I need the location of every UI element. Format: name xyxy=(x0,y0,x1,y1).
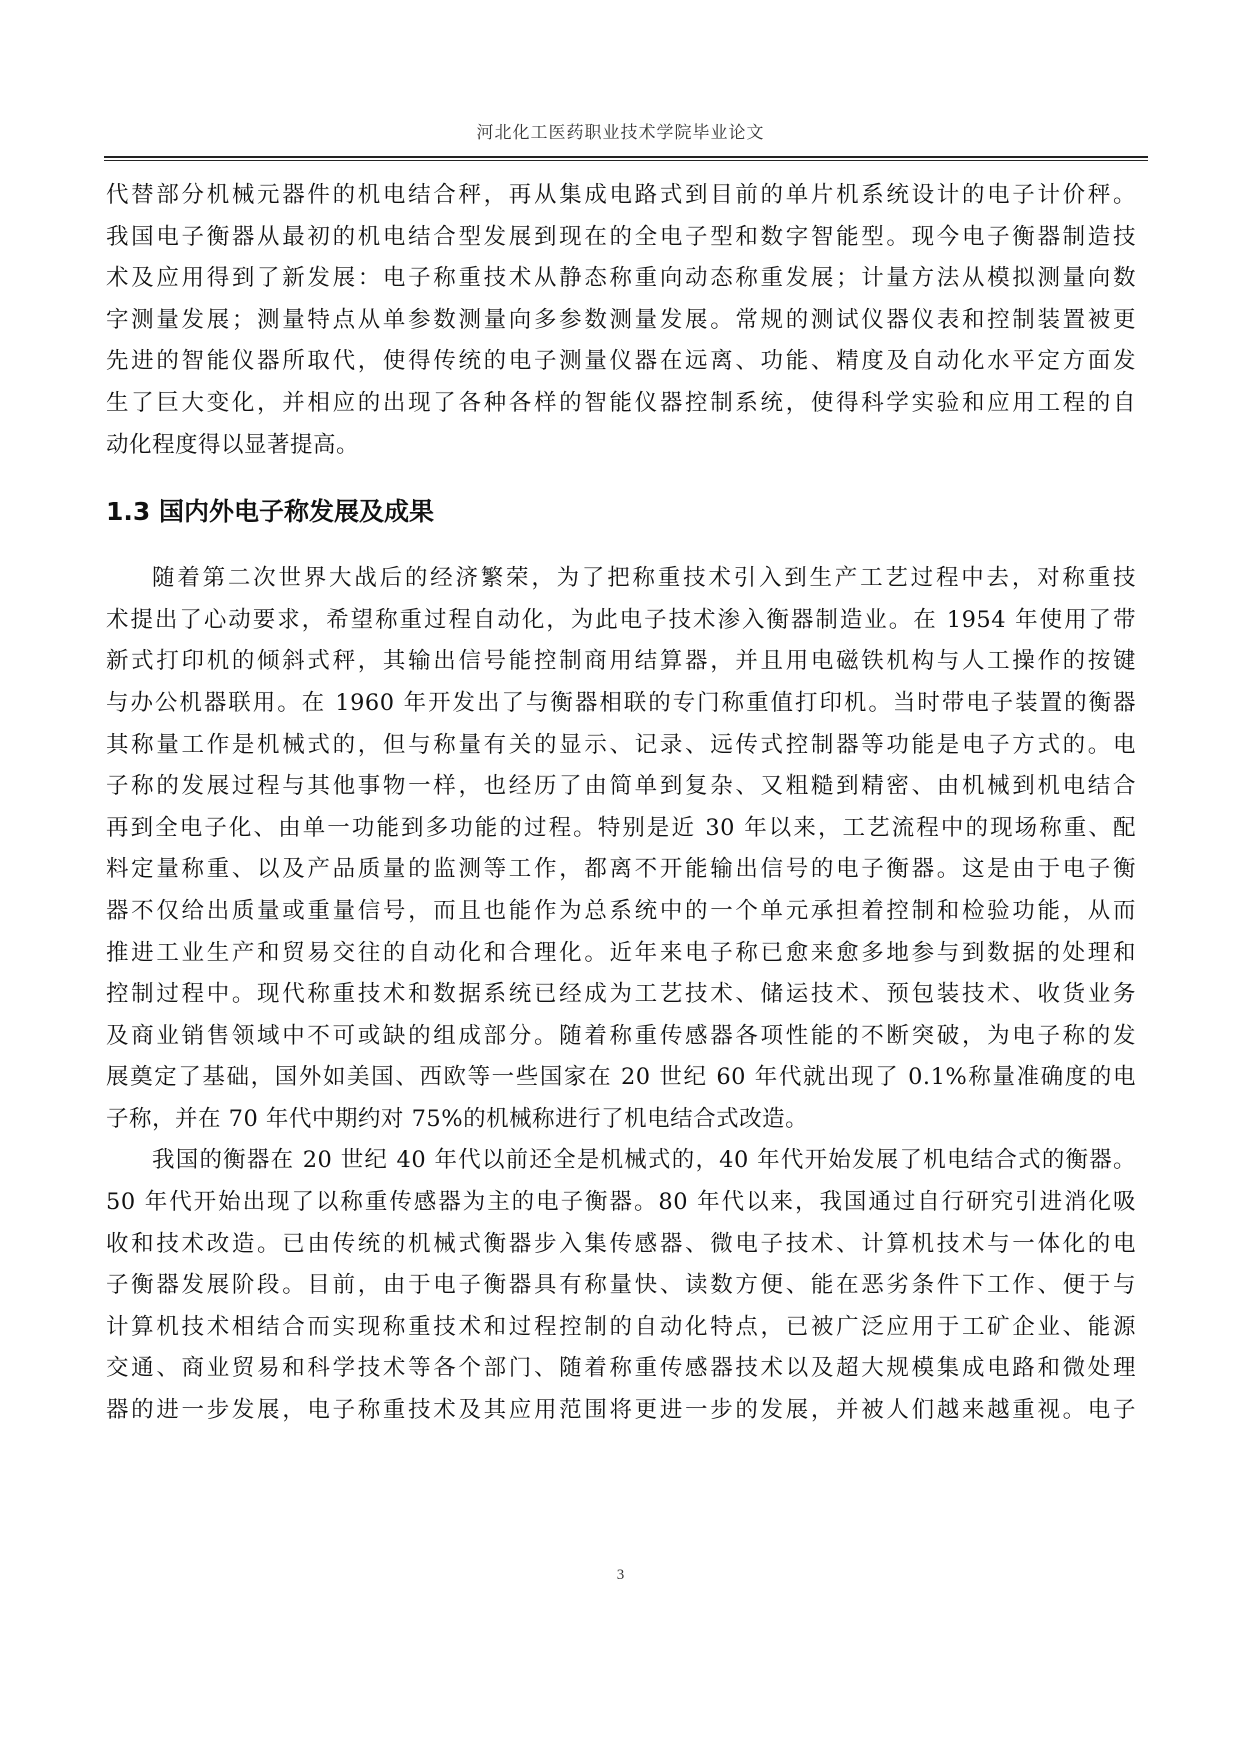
text-line: 动化程度得以显著提高。 xyxy=(106,425,1136,467)
text-line: 随着第二次世界大战后的经济繁荣，为了把称重技术引入到生产工艺过程中去，对称重技 xyxy=(106,558,1136,600)
paragraph-3: 我国的衡器在 20 世纪 40 年代以前还全是机械式的，40 年代开始发展了机电… xyxy=(106,1140,1136,1431)
section-heading: 1.3 国内外电子称发展及成果 xyxy=(106,482,1136,542)
text-line: 子称的发展过程与其他事物一样，也经历了由简单到复杂、又粗糙到精密、由机械到机电结… xyxy=(106,766,1136,808)
paragraph-2: 随着第二次世界大战后的经济繁荣，为了把称重技术引入到生产工艺过程中去，对称重技 … xyxy=(106,558,1136,1140)
text-line: 50 年代开始出现了以称重传感器为主的电子衡器。80 年代以来，我国通过自行研究… xyxy=(106,1182,1136,1224)
text-line: 先进的智能仪器所取代，使得传统的电子测量仪器在远离、功能、精度及自动化水平定方面… xyxy=(106,341,1136,383)
text-line: 我国电子衡器从最初的机电结合型发展到现在的全电子型和数字智能型。现今电子衡器制造… xyxy=(106,217,1136,259)
text-line: 子衡器发展阶段。目前，由于电子衡器具有称量快、读数方便、能在恶劣条件下工作、便于… xyxy=(106,1265,1136,1307)
text-line: 器不仅给出质量或重量信号，而且也能作为总系统中的一个单元承担着控制和检验功能，从… xyxy=(106,891,1136,933)
header-title: 河北化工医药职业技术学院毕业论文 xyxy=(0,118,1241,143)
text-line: 收和技术改造。已由传统的机械式衡器步入集传感器、微电子技术、计算机技术与一体化的… xyxy=(106,1224,1136,1266)
text-line: 我国的衡器在 20 世纪 40 年代以前还全是机械式的，40 年代开始发展了机电… xyxy=(106,1140,1136,1182)
text-line: 字测量发展；测量特点从单参数测量向多参数测量发展。常规的测试仪器仪表和控制装置被… xyxy=(106,300,1136,342)
text-line: 代替部分机械元器件的机电结合秤，再从集成电路式到目前的单片机系统设计的电子计价秤… xyxy=(106,175,1136,217)
text-line: 其称量工作是机械式的，但与称量有关的显示、记录、远传式控制器等功能是电子方式的。… xyxy=(106,725,1136,767)
page-number: 3 xyxy=(0,1567,1241,1584)
text-line: 推进工业生产和贸易交往的自动化和合理化。近年来电子称已愈来愈多地参与到数据的处理… xyxy=(106,933,1136,975)
text-line: 生了巨大变化，并相应的出现了各种各样的智能仪器控制系统，使得科学实验和应用工程的… xyxy=(106,383,1136,425)
header-double-rule xyxy=(104,156,1148,161)
text-line: 再到全电子化、由单一功能到多功能的过程。特别是近 30 年以来，工艺流程中的现场… xyxy=(106,808,1136,850)
text-line: 子称，并在 70 年代中期约对 75%的机械称进行了机电结合式改造。 xyxy=(106,1099,1136,1141)
paragraph-1: 代替部分机械元器件的机电结合秤，再从集成电路式到目前的单片机系统设计的电子计价秤… xyxy=(106,175,1136,466)
text-line: 展奠定了基础，国外如美国、西欧等一些国家在 20 世纪 60 年代就出现了 0.… xyxy=(106,1057,1136,1099)
text-line: 计算机技术相结合而实现称重技术和过程控制的自动化特点，已被广泛应用于工矿企业、能… xyxy=(106,1307,1136,1349)
text-line: 料定量称重、以及产品质量的监测等工作，都离不开能输出信号的电子衡器。这是由于电子… xyxy=(106,849,1136,891)
text-line: 器的进一步发展，电子称重技术及其应用范围将更进一步的发展，并被人们越来越重视。电… xyxy=(106,1390,1136,1432)
text-line: 控制过程中。现代称重技术和数据系统已经成为工艺技术、储运技术、预包装技术、收货业… xyxy=(106,974,1136,1016)
text-line: 术及应用得到了新发展：电子称重技术从静态称重向动态称重发展；计量方法从模拟测量向… xyxy=(106,258,1136,300)
text-line: 交通、商业贸易和科学技术等各个部门、随着称重传感器技术以及超大规模集成电路和微处… xyxy=(106,1348,1136,1390)
text-line: 术提出了心动要求，希望称重过程自动化，为此电子技术渗入衡器制造业。在 1954 … xyxy=(106,600,1136,642)
text-line: 及商业销售领域中不可或缺的组成部分。随着称重传感器各项性能的不断突破，为电子称的… xyxy=(106,1016,1136,1058)
text-line: 与办公机器联用。在 1960 年开发出了与衡器相联的专门称重值打印机。当时带电子… xyxy=(106,683,1136,725)
page-body: 代替部分机械元器件的机电结合秤，再从集成电路式到目前的单片机系统设计的电子计价秤… xyxy=(106,175,1136,1432)
text-line: 新式打印机的倾斜式秤，其输出信号能控制商用结算器，并且用电磁铁机构与人工操作的按… xyxy=(106,641,1136,683)
